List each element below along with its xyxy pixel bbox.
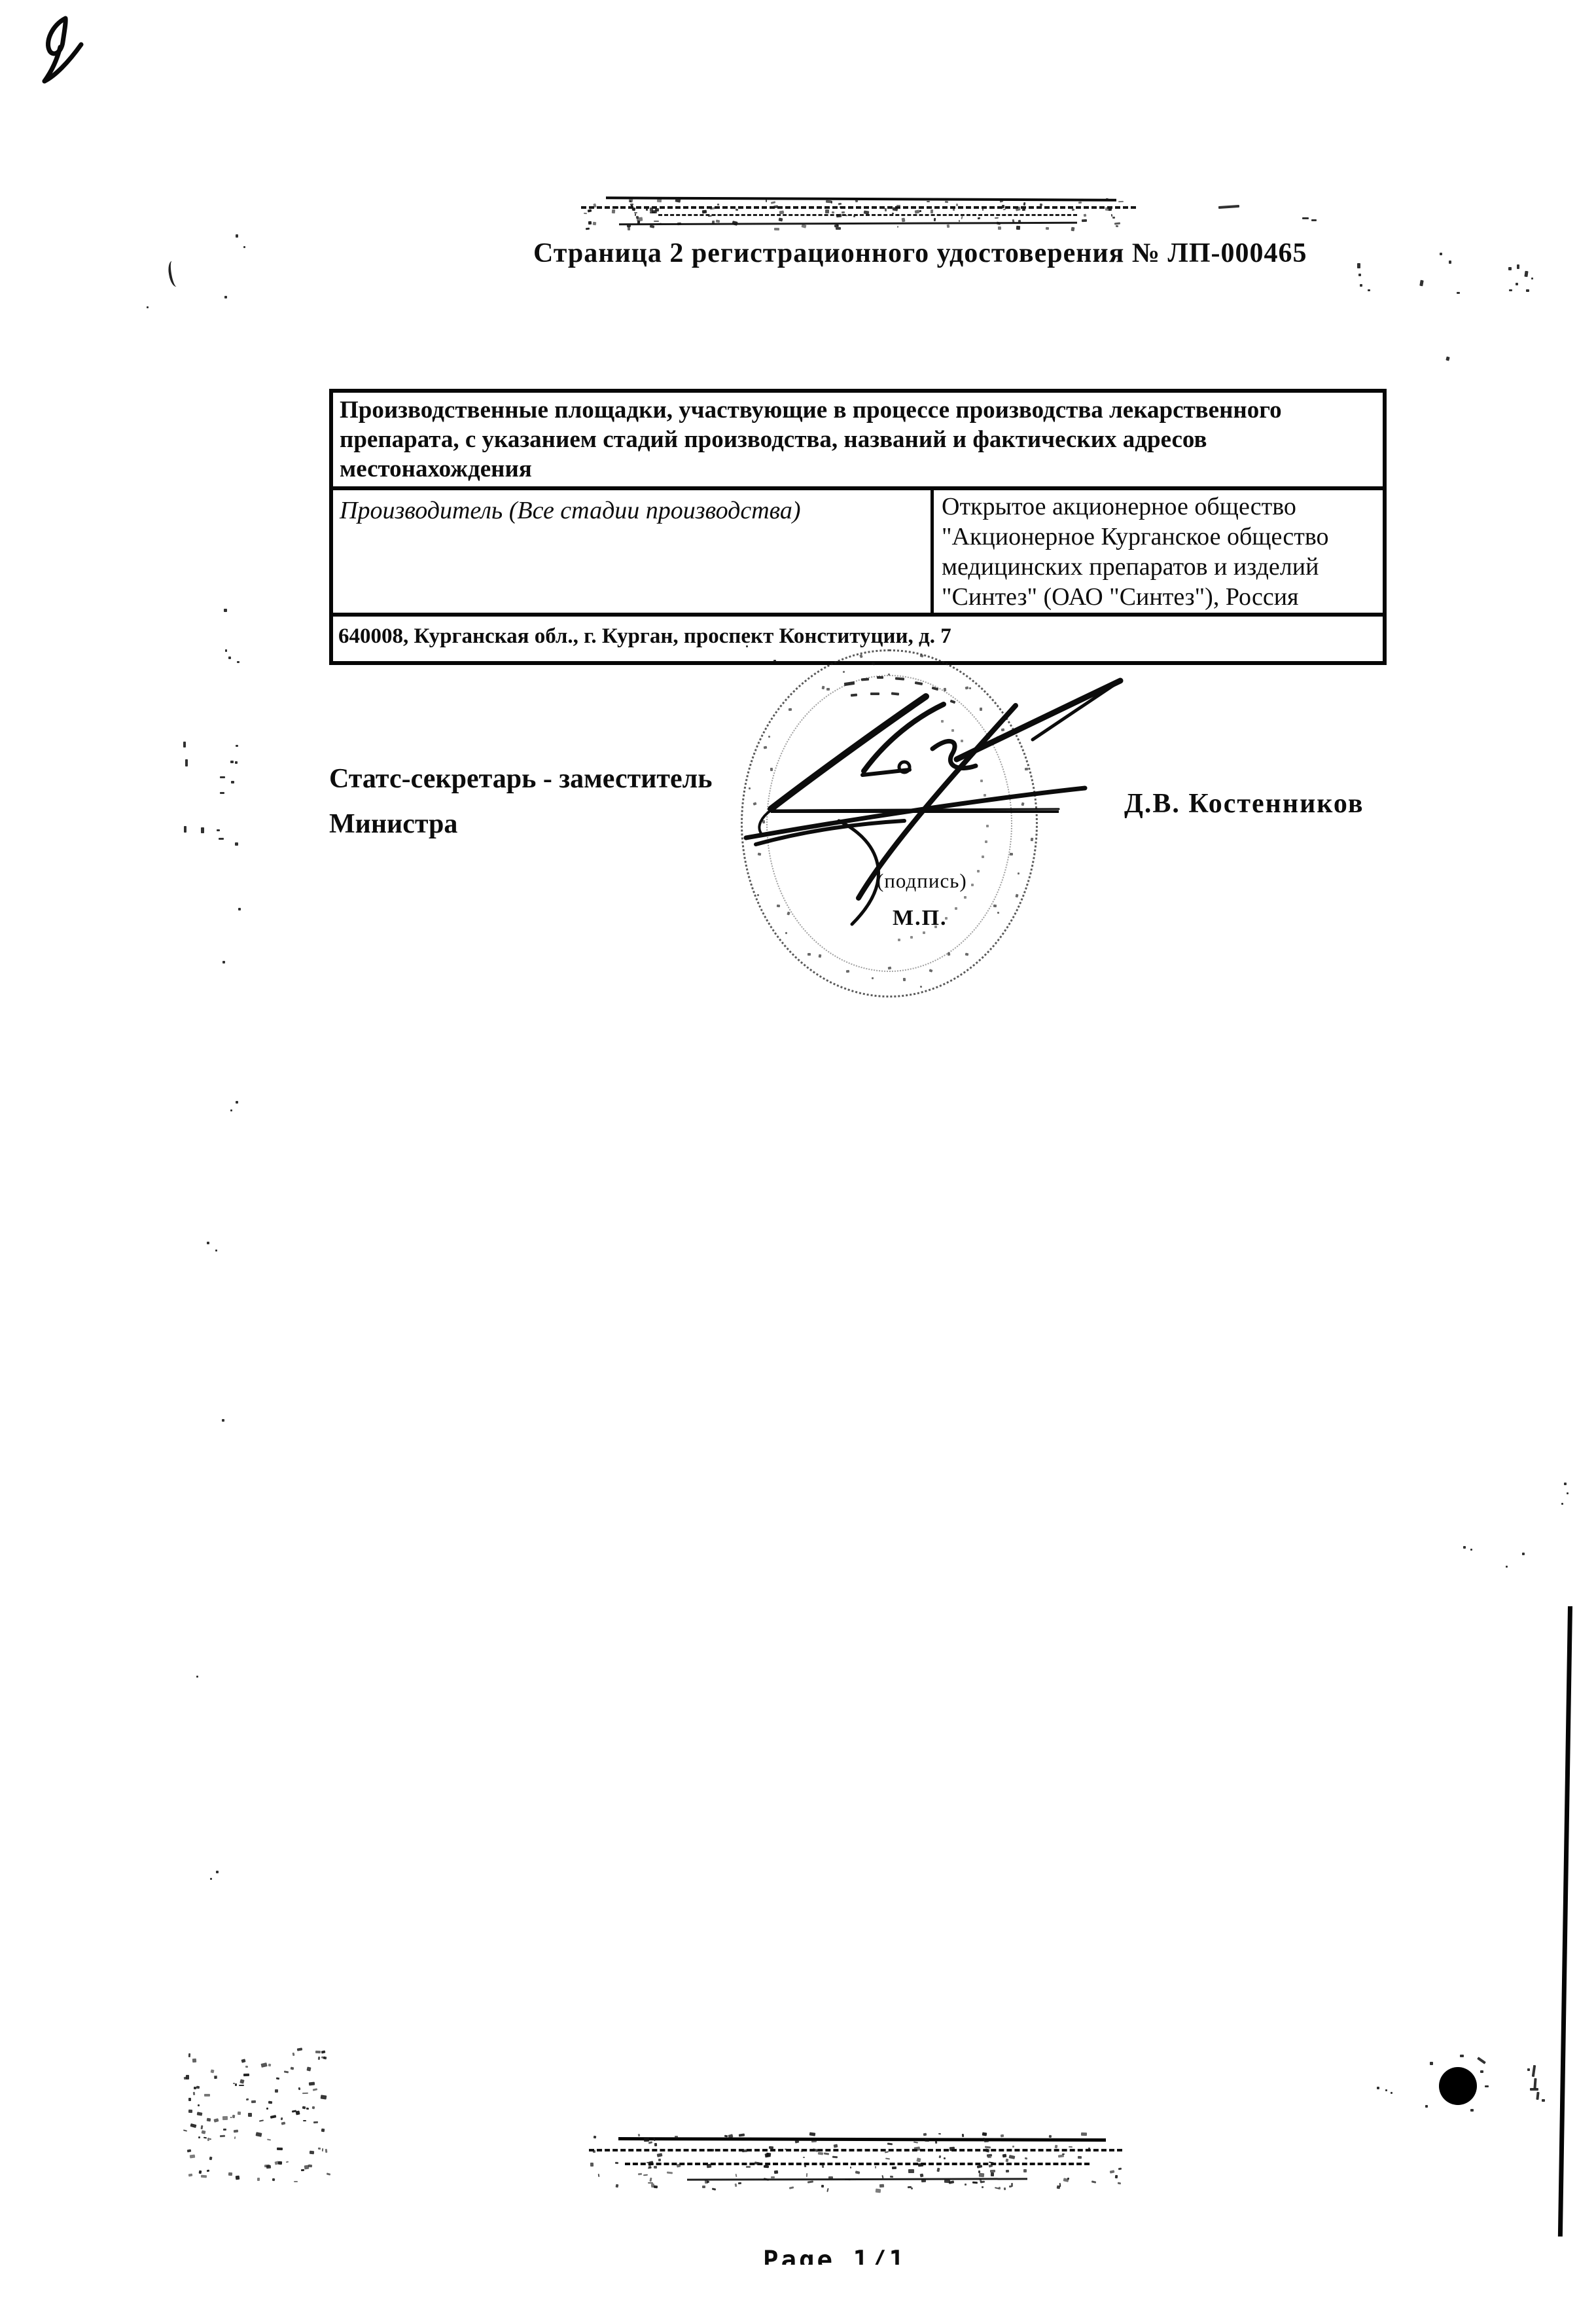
scan-speck	[198, 2170, 202, 2174]
scan-speck	[235, 2175, 239, 2180]
scan-speck	[185, 759, 188, 766]
scan-speck	[309, 2081, 315, 2085]
scan-speck	[235, 761, 238, 764]
scan-speck	[919, 986, 921, 988]
scan-speck	[1485, 2085, 1489, 2087]
scan-speck	[283, 2070, 289, 2073]
scan-speck	[292, 2053, 294, 2056]
scan-speck	[245, 2066, 249, 2068]
scan-speck	[290, 2066, 294, 2070]
scan-smudge-band-top	[581, 196, 1136, 230]
scan-speck	[220, 792, 224, 794]
scan-speck	[188, 2098, 191, 2101]
scan-speck	[818, 954, 821, 958]
scan-speck	[259, 2120, 264, 2123]
scan-speck	[196, 1676, 198, 1678]
scan-speck	[286, 2161, 289, 2163]
scan-speck	[872, 977, 874, 980]
scan-speck	[321, 2129, 325, 2133]
scan-speck	[257, 2178, 260, 2181]
scan-speck	[1508, 267, 1512, 270]
scan-speck	[274, 2161, 279, 2165]
scan-speck	[1463, 1546, 1466, 1549]
scan-speck	[1477, 2057, 1486, 2064]
scan-speck	[190, 2123, 196, 2128]
scan-speck	[307, 2067, 311, 2072]
scan-speck	[192, 2059, 197, 2062]
scan-speck	[965, 953, 969, 956]
table-row-producer: Производитель (Все стадии производства) …	[333, 490, 1383, 617]
scan-speck	[235, 2083, 237, 2086]
scan-speck	[306, 2108, 309, 2110]
scan-speck	[188, 2110, 193, 2114]
scan-speck	[1542, 2099, 1545, 2102]
scan-speck	[255, 2132, 262, 2137]
scan-speck	[224, 296, 227, 298]
scan-speck	[1509, 289, 1512, 291]
scan-speck	[323, 2057, 327, 2060]
scan-edge-line	[1558, 1606, 1572, 2237]
scan-speck	[243, 246, 245, 248]
scan-speck	[234, 2129, 238, 2133]
scan-speck	[183, 742, 186, 747]
scan-speck	[1425, 2105, 1428, 2108]
scan-speck	[278, 2161, 283, 2165]
scan-speck	[1517, 264, 1519, 269]
scan-speck	[232, 2115, 235, 2119]
scan-speck	[1457, 292, 1460, 294]
scan-speck	[251, 2100, 256, 2103]
scan-speck	[318, 2057, 321, 2060]
scan-speck	[1564, 1483, 1567, 1485]
scan-speck	[1527, 2068, 1530, 2071]
scan-speck	[281, 2117, 283, 2120]
scan-speck	[1449, 261, 1451, 264]
scan-speck	[228, 657, 231, 659]
scan-speck	[1440, 253, 1442, 255]
scan-speck	[281, 2121, 286, 2125]
handwritten-page-number	[37, 13, 96, 86]
scan-speck	[217, 829, 220, 831]
scan-speck	[216, 1871, 219, 1873]
scan-speck	[1516, 283, 1518, 285]
scan-speck	[1358, 274, 1361, 276]
page-indicator: Page 1/1	[763, 2247, 946, 2265]
black-dot-mark	[1439, 2067, 1477, 2105]
scan-speck	[241, 2059, 246, 2062]
scan-speck	[1357, 263, 1360, 268]
signature-caption: (подпись)	[877, 869, 967, 893]
scan-speck	[188, 2053, 190, 2057]
scan-speck	[295, 2111, 300, 2115]
pencil-paren-mark	[167, 260, 185, 288]
scan-speck	[225, 649, 227, 652]
scan-speck	[239, 2079, 244, 2083]
scan-speck	[298, 2087, 300, 2091]
scan-speck	[270, 2115, 275, 2119]
scan-speck	[206, 2170, 209, 2172]
scan-speck	[807, 953, 811, 956]
scan-speck	[301, 2169, 304, 2171]
scan-speck	[238, 908, 241, 910]
scan-noise-layer	[0, 0, 1596, 2304]
producer-role-cell: Производитель (Все стадии производства)	[333, 490, 934, 613]
scan-speck	[266, 2108, 268, 2110]
scan-speck	[230, 2117, 232, 2118]
scan-speck	[292, 2110, 297, 2112]
scan-speck	[239, 2085, 244, 2086]
scan-speck	[235, 842, 238, 846]
scan-speck	[196, 2086, 200, 2089]
scan-speck	[1536, 2092, 1539, 2100]
scan-speck	[1311, 219, 1317, 221]
scan-speck	[204, 2136, 207, 2138]
scan-speck	[222, 961, 225, 963]
seal-place-mark: М.П.	[893, 906, 948, 931]
scan-speck	[193, 2092, 195, 2095]
scan-smudge-band-bottom	[589, 2131, 1122, 2194]
scan-speck	[1480, 2070, 1483, 2073]
scan-speck	[236, 1101, 238, 1104]
scan-speck	[233, 2083, 235, 2085]
scan-speck	[220, 2134, 225, 2137]
scan-speck	[321, 2095, 327, 2100]
scan-speck	[207, 1242, 209, 1244]
scan-speck	[261, 2062, 268, 2067]
scan-speck	[1531, 278, 1533, 279]
scan-speck	[1218, 205, 1239, 209]
scan-speck	[327, 2172, 330, 2175]
scan-speck	[248, 2113, 253, 2117]
scan-speck	[237, 661, 239, 663]
scan-speck	[267, 2138, 272, 2141]
scan-speck	[184, 826, 186, 833]
scan-speck	[264, 2165, 270, 2168]
scan-speck	[311, 2106, 315, 2110]
scan-speck	[1561, 1503, 1563, 1505]
scan-speck	[147, 306, 149, 308]
scan-speck	[846, 969, 849, 973]
scan-speck	[194, 2087, 196, 2089]
scan-speck	[321, 2148, 323, 2152]
scan-speck	[224, 609, 227, 612]
scan-speck	[321, 2050, 326, 2053]
scan-speck	[277, 2147, 283, 2150]
scan-speck	[275, 2089, 278, 2093]
signatory-post: Статс-секретарь - заместитель Министра	[329, 757, 761, 847]
scan-speck	[1391, 2092, 1392, 2094]
scan-speck	[243, 2074, 249, 2076]
page-indicator-text: Page 1/1	[763, 2247, 946, 2265]
scan-speck	[210, 1878, 212, 1880]
scan-speck	[1533, 2078, 1536, 2089]
scan-speck	[309, 2151, 314, 2154]
scan-speck	[308, 2164, 313, 2167]
scan-speck	[1524, 271, 1528, 278]
scan-speck	[230, 1109, 232, 1111]
scan-speck	[188, 2174, 193, 2177]
scan-speck	[304, 2165, 309, 2170]
scan-speck	[1506, 1566, 1508, 1568]
scan-speck	[219, 838, 224, 840]
scan-speck	[215, 1250, 217, 1251]
scan-speck	[197, 2112, 202, 2117]
scan-speck	[214, 2076, 217, 2079]
scan-speck	[214, 2119, 219, 2123]
scan-speck	[266, 2165, 272, 2169]
scan-speck	[236, 745, 238, 747]
scan-speck	[1302, 217, 1309, 219]
scan-speck	[214, 2076, 218, 2079]
scan-speck	[303, 2120, 306, 2121]
scan-speck	[222, 2116, 228, 2120]
scan-speck	[268, 2063, 272, 2066]
scanned-certificate-page: Страница 2 регистрационного удостоверени…	[0, 0, 1596, 2304]
scan-speck	[210, 2069, 214, 2073]
scan-speck	[1377, 2087, 1379, 2089]
scan-speck	[929, 969, 932, 973]
scan-speck	[186, 2075, 189, 2079]
scan-speck	[302, 2093, 308, 2095]
scan-speck	[1470, 1549, 1472, 1551]
scan-speck	[187, 2149, 191, 2152]
scan-speck	[201, 2175, 207, 2178]
scan-speck	[948, 952, 951, 956]
signatory-post-line1: Статс-секретарь - заместитель	[329, 757, 761, 802]
scan-speck	[1385, 2089, 1387, 2091]
scan-speck	[302, 2106, 306, 2110]
scan-speck	[321, 2056, 325, 2059]
scan-speck	[294, 2181, 298, 2182]
scan-speck	[903, 978, 906, 981]
scan-speck	[1419, 280, 1423, 287]
scan-speck	[198, 2104, 200, 2106]
scan-speck	[198, 2136, 200, 2138]
scan-speck	[1360, 284, 1362, 287]
scan-speck	[1532, 2065, 1536, 2077]
scan-speck	[1567, 1492, 1569, 1494]
scan-speck	[204, 2094, 210, 2097]
scan-speck	[201, 827, 204, 833]
scan-speck	[272, 2178, 275, 2181]
production-sites-table: Производственные площадки, участвующие в…	[329, 389, 1387, 665]
scan-speck	[236, 234, 238, 238]
scan-speck	[1530, 2088, 1538, 2091]
scan-speck	[276, 2078, 280, 2079]
table-caption: Производственные площадки, участвующие в…	[333, 393, 1383, 490]
scan-speck	[209, 2138, 211, 2140]
scan-speck	[222, 1419, 224, 1422]
scan-speck	[1430, 2062, 1433, 2065]
scan-speck	[1526, 289, 1529, 292]
scan-speck	[223, 2129, 226, 2131]
scan-speck	[318, 2148, 321, 2150]
scan-speck	[888, 966, 892, 969]
page-title: Страница 2 регистрационного удостоверени…	[533, 238, 1220, 268]
scan-speck	[297, 2047, 303, 2051]
scan-speck	[237, 2112, 241, 2115]
scan-speck	[230, 761, 234, 763]
scan-speck	[1460, 2055, 1464, 2057]
scan-speck	[234, 2136, 236, 2140]
scan-speck	[220, 776, 225, 778]
producer-name-cell: Открытое акционерное общество "Акционерн…	[934, 490, 1383, 613]
scan-speck	[1368, 289, 1370, 291]
scan-speck	[1522, 1553, 1525, 1555]
scan-speck	[201, 2125, 204, 2129]
scan-speck	[315, 2051, 321, 2053]
scan-speck	[268, 2101, 273, 2104]
scan-speck	[183, 2129, 187, 2131]
scan-speck	[209, 2157, 213, 2161]
scan-speck	[190, 2154, 196, 2158]
scan-speck	[207, 2138, 210, 2141]
signatory-name: Д.В. Костенников	[1124, 788, 1364, 819]
scan-speck	[1445, 356, 1449, 361]
scan-speck	[184, 2077, 187, 2080]
scan-speck	[313, 2089, 317, 2092]
scan-speck	[231, 781, 234, 783]
scan-speck	[325, 2149, 327, 2153]
handwritten-signature	[707, 627, 1152, 941]
signature-line	[771, 810, 1059, 813]
scan-speck	[1470, 2109, 1474, 2112]
scan-speck	[202, 2130, 206, 2134]
signatory-post-line2: Министра	[329, 802, 761, 847]
scan-speck	[207, 2118, 211, 2122]
scan-speck	[246, 2098, 249, 2100]
scan-speck	[228, 2172, 233, 2176]
scan-speck	[313, 2121, 318, 2123]
